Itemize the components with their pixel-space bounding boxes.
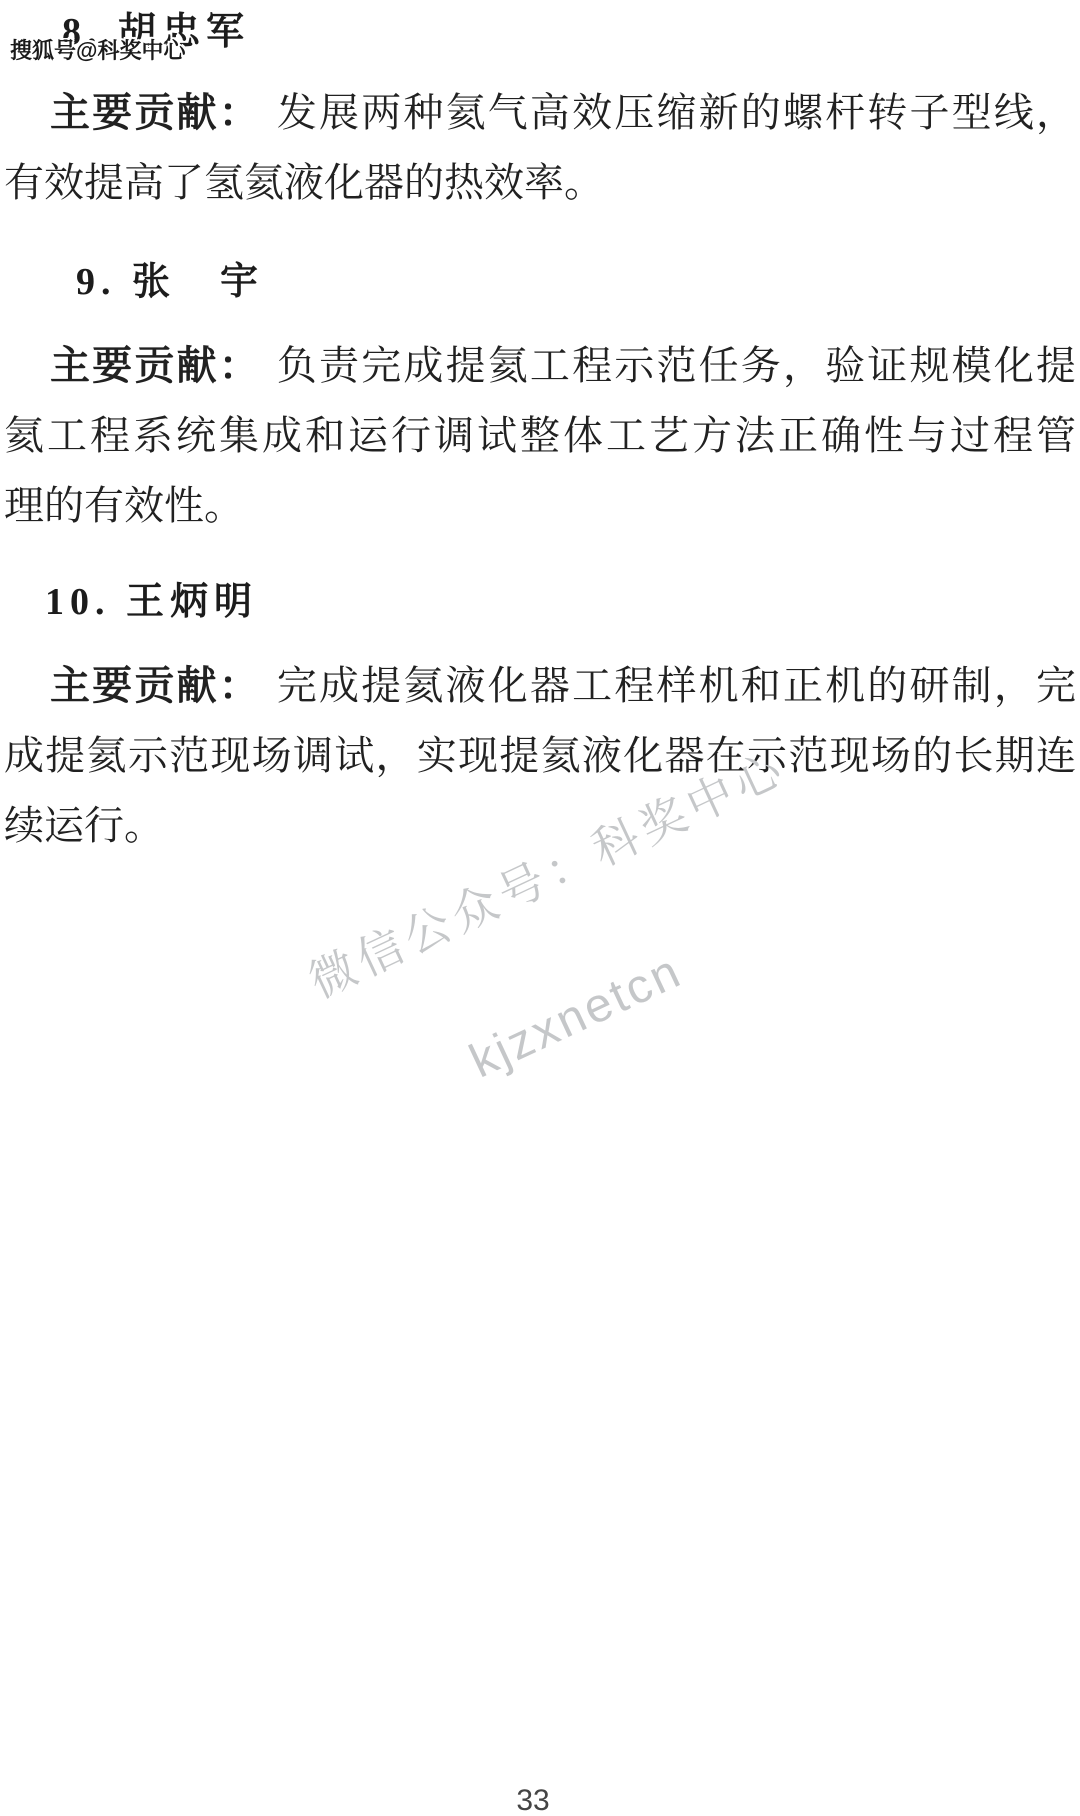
paragraph-line: 主要贡献：负责完成提氦工程示范任务，验证规模化提 xyxy=(4,331,1076,401)
paragraph-text: 负责完成提氦工程示范任务，验证规模化提 xyxy=(277,343,1076,388)
section-8-paragraph: 主要贡献：发展两种氦气高效压缩新的螺杆转子型线， 有效提高了氢氦液化器的热效率。 xyxy=(4,78,1076,218)
sohu-account-badge: 搜狐号@科奖中心 xyxy=(10,34,185,65)
paragraph-line: 氦工程系统集成和运行调试整体工艺方法正确性与过程管 xyxy=(4,401,1076,471)
paragraph-line: 理的有效性。 xyxy=(4,471,1076,541)
section-heading-10: 10. 王炳明 xyxy=(45,570,258,625)
paragraph-line: 主要贡献：发展两种氦气高效压缩新的螺杆转子型线， xyxy=(4,78,1076,148)
paragraph-text: 完成提氦液化器工程样机和正机的研制，完 xyxy=(277,663,1076,708)
contribution-label: 主要贡献： xyxy=(50,663,261,708)
paragraph-line: 主要贡献：完成提氦液化器工程样机和正机的研制，完 xyxy=(4,651,1076,721)
section-heading-9: 9. 张 宇 xyxy=(76,250,264,305)
section-9-paragraph: 主要贡献：负责完成提氦工程示范任务，验证规模化提 氦工程系统集成和运行调试整体工… xyxy=(4,331,1076,541)
page-number: 33 xyxy=(493,1784,573,1816)
document-page: 8. 胡忠军 搜狐号@科奖中心 主要贡献：发展两种氦气高效压缩新的螺杆转子型线，… xyxy=(0,0,1080,1816)
contribution-label: 主要贡献： xyxy=(50,343,261,388)
paragraph-line: 有效提高了氢氦液化器的热效率。 xyxy=(4,148,1076,218)
paragraph-text: 发展两种氦气高效压缩新的螺杆转子型线， xyxy=(277,90,1076,135)
contribution-label: 主要贡献： xyxy=(50,90,261,135)
section-10-paragraph: 主要贡献：完成提氦液化器工程样机和正机的研制，完 成提氦示范现场调试，实现提氦液… xyxy=(4,651,1076,861)
paragraph-line: 成提氦示范现场调试，实现提氦液化器在示范现场的长期连 xyxy=(4,721,1076,791)
